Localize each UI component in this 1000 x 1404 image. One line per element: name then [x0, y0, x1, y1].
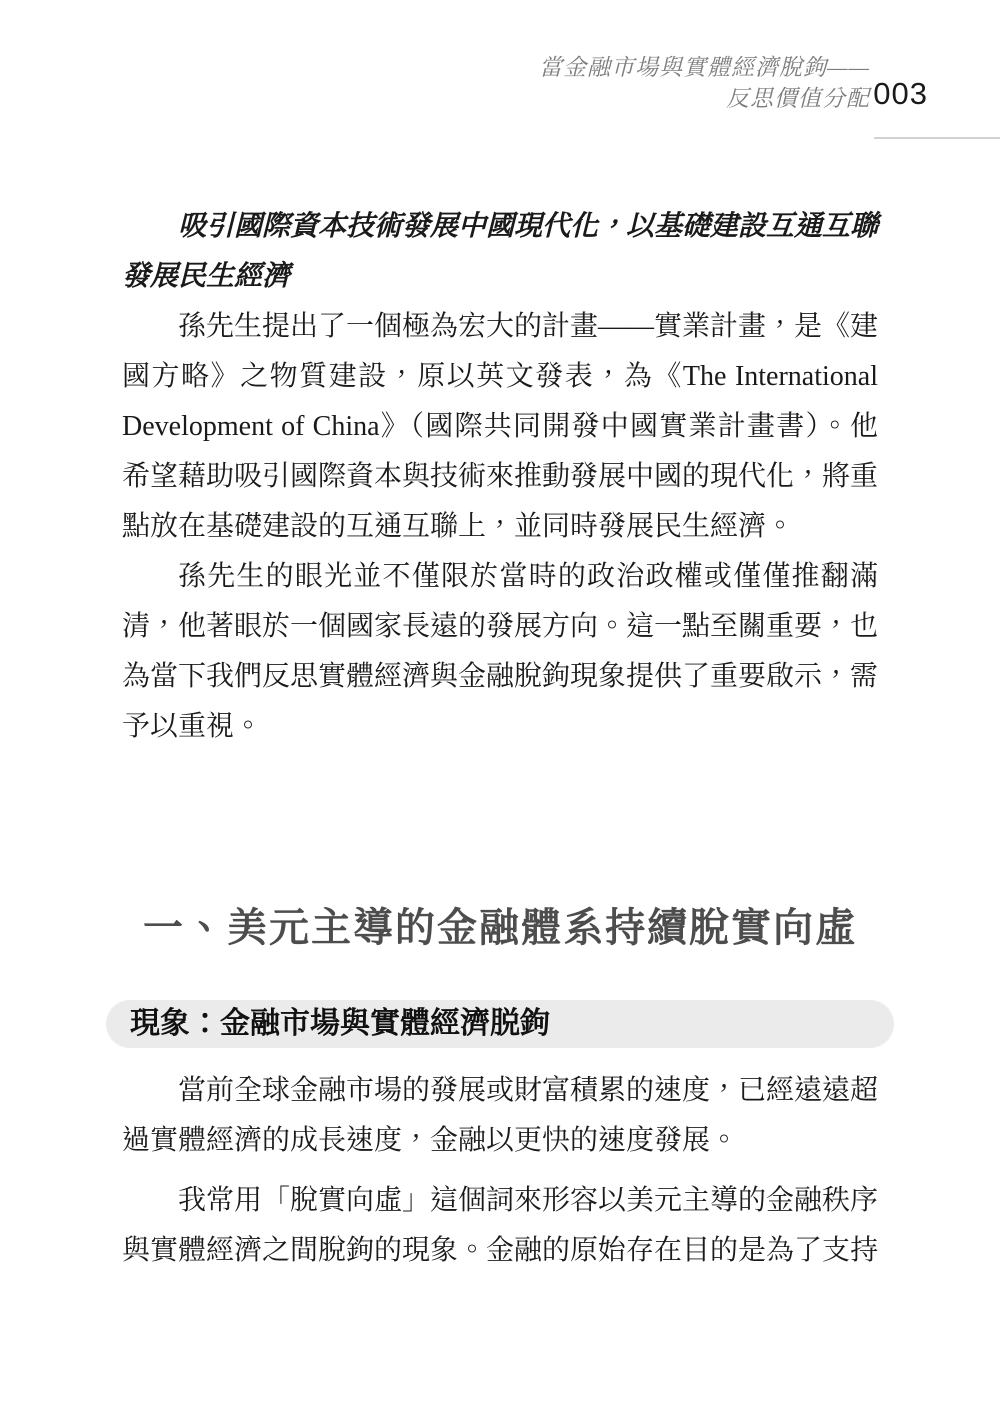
paragraph: 孫先生提出了一個極為宏大的計畫——實業計畫，是《建國方略》之物質建設，原以英文發… [122, 302, 878, 552]
paragraph: 我常用「脫實向虛」這個詞來形容以美元主導的金融秩序與實體經濟之間脫鉤的現象。金融… [122, 1176, 878, 1276]
running-header-line1: 當金融市場與實體經濟脫鉤—— [539, 52, 870, 83]
paragraph: 當前全球金融市場的發展或財富積累的速度，已經遠遠超過實體經濟的成長速度，金融以更… [122, 1066, 878, 1166]
header-rule [874, 137, 1000, 139]
section-title: 一、美元主導的金融體系持續脫實向虛 [122, 900, 878, 956]
paragraph: 孫先生的眼光並不僅限於當時的政治政權或僅僅推翻滿清，他著眼於一個國家長遠的發展方… [122, 552, 878, 752]
main-text-column: 吸引國際資本技術發展中國現代化，以基礎建設互通互聯發展民生經濟 孫先生提出了一個… [122, 202, 878, 1276]
book-page: 當金融市場與實體經濟脫鉤—— 反思價值分配 003 吸引國際資本技術發展中國現代… [0, 0, 1000, 1404]
running-header: 當金融市場與實體經濟脫鉤—— 反思價值分配 [539, 52, 870, 114]
lead-heading: 吸引國際資本技術發展中國現代化，以基礎建設互通互聯發展民生經濟 [122, 202, 878, 302]
subsection-heading-band: 現象：金融市場與實體經濟脱鉤 [106, 1000, 894, 1048]
page-number: 003 [873, 76, 928, 112]
running-header-line2: 反思價值分配 [539, 83, 870, 114]
